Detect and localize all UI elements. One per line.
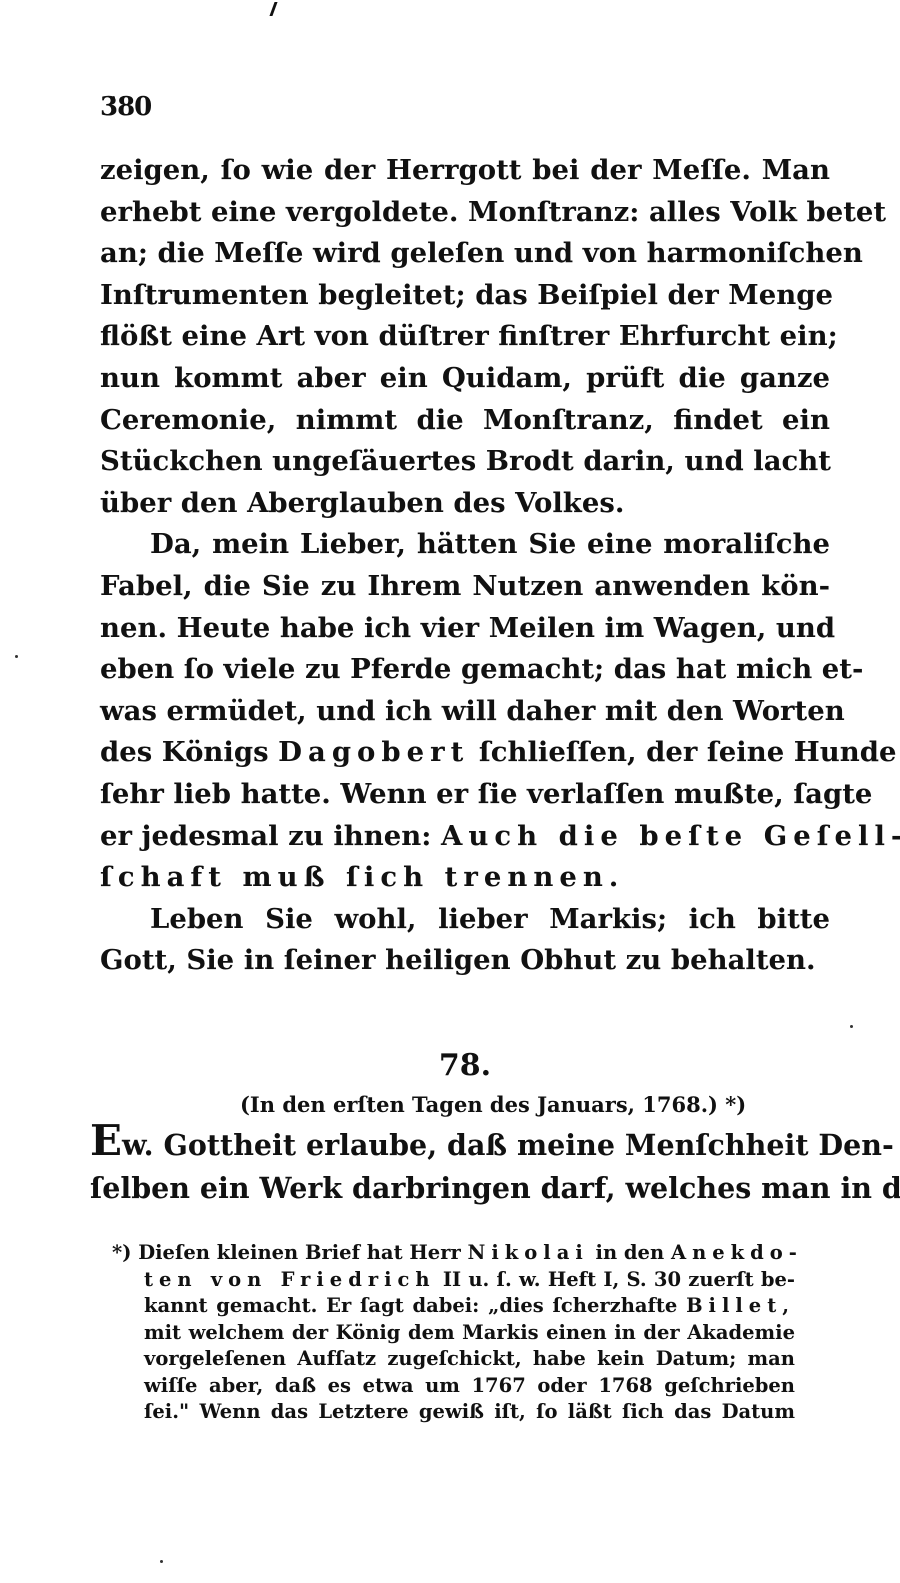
page-number: 380 — [100, 92, 151, 122]
footnote-line: vorgeleſenen Aufſatz zugeſchickt, habe k… — [112, 1346, 795, 1373]
footnote-line: mit welchem der König dem Markis einen i… — [112, 1320, 795, 1347]
text-line: ſehr lieb hatte. Wenn er ſie verlaſſen m… — [100, 774, 830, 816]
text-line: ſelben ein Werk darbringen darf, welches… — [90, 1167, 802, 1210]
text-line: Fabel, die Sie zu Ihrem Nutzen anwenden … — [100, 566, 830, 608]
text-fragment: des Königs — [100, 736, 269, 768]
emphasis-quote: Auch die beſte Geſell- — [441, 820, 900, 852]
footnote-line: kannt gemacht. Er ſagt dabei: „dies ſche… — [112, 1293, 795, 1320]
emphasis-name: Dagobert — [278, 736, 469, 768]
scan-speck — [850, 1025, 853, 1028]
drop-cap: E — [90, 1116, 122, 1165]
text-fragment: in den — [596, 1241, 665, 1264]
text-line: Ceremonie, nimmt die Monſtranz, findet e… — [100, 400, 830, 442]
text-fragment: w. Gottheit erlaube, daß meine Menſchhei… — [122, 1128, 894, 1162]
text-line: was ermüdet, und ich will daher mit den … — [100, 691, 830, 733]
footnote-line: ten von Friedrich II u. ſ. w. Heft I, S.… — [112, 1267, 795, 1294]
emphasis-title: ten von Friedrich — [144, 1268, 436, 1291]
text-line: Gott, Sie in ſeiner heiligen Obhut zu be… — [100, 940, 830, 982]
footnote: *) Dieſen kleinen Brief hat Herr Nikolai… — [112, 1240, 795, 1426]
footnote-line: wiſſe aber, daß es etwa um 1767 oder 176… — [112, 1373, 795, 1400]
text-line: nen. Heute habe ich vier Meilen im Wagen… — [100, 608, 830, 650]
text-line: er jedesmal zu ihnen: Auch die beſte Geſ… — [100, 816, 830, 858]
text-line: erhebt eine vergoldete. Monſtranz: alles… — [100, 192, 830, 234]
emphasis-quote: ſchaft muß ſich trennen. — [100, 857, 830, 899]
scan-mark — [269, 2, 277, 16]
footnote-line: *) Dieſen kleinen Brief hat Herr Nikolai… — [112, 1240, 795, 1267]
emphasis-title: Anekdo- — [671, 1241, 803, 1264]
letter-text: Ew. Gottheit erlaube, daß meine Menſchhe… — [90, 1124, 802, 1210]
text-line: des Königs Dagobert ſchlieſſen, der ſein… — [100, 732, 830, 774]
text-fragment: kannt gemacht. Er ſagt dabei: „dies ſche… — [144, 1294, 677, 1317]
scan-speck — [15, 655, 18, 658]
text-fragment: II u. ſ. w. Heft I, S. 30 zuerſt be- — [443, 1268, 795, 1291]
text-line: Da, mein Lieber, hätten Sie eine moraliſ… — [100, 524, 830, 566]
text-line: Inſtrumenten begleitet; das Beiſpiel der… — [100, 275, 830, 317]
text-line: Leben Sie wohl, lieber Markis; ich bitte — [100, 899, 830, 941]
text-line: zeigen, ſo wie der Herrgott bei der Meſſ… — [100, 150, 830, 192]
footnote-marker: *) — [112, 1241, 131, 1264]
footnote-line: ſei." Wenn das Letztere gewiß iſt, ſo lä… — [112, 1399, 795, 1426]
text-fragment: Dieſen kleinen Brief hat Herr — [138, 1241, 461, 1264]
emphasis-title: Billet, — [686, 1294, 795, 1317]
body-text: zeigen, ſo wie der Herrgott bei der Meſſ… — [100, 150, 830, 982]
text-line: nun kommt aber ein Quidam, prüft die gan… — [100, 358, 830, 400]
emphasis-name: Nikolai — [468, 1241, 589, 1264]
text-fragment: er jedesmal zu ihnen: — [100, 820, 431, 852]
text-line: an; die Meſſe wird geleſen und von harmo… — [100, 233, 830, 275]
text-line: über den Aberglauben des Volkes. — [100, 483, 830, 525]
text-line: eben ſo viele zu Pferde gemacht; das hat… — [100, 649, 830, 691]
text-fragment: ſchlieſſen, der ſeine Hunde — [479, 736, 897, 768]
text-line: Stückchen ungeſäuertes Brodt darin, und … — [100, 441, 830, 483]
letter-number: 78. — [0, 1048, 900, 1083]
text-line: Ew. Gottheit erlaube, daß meine Menſchhe… — [90, 1124, 802, 1167]
text-line: flößt eine Art von düſtrer finſtrer Ehrf… — [100, 316, 830, 358]
letter-date: (In den erſten Tagen des Januars, 1768.)… — [240, 1092, 746, 1117]
scan-speck — [160, 1560, 163, 1563]
